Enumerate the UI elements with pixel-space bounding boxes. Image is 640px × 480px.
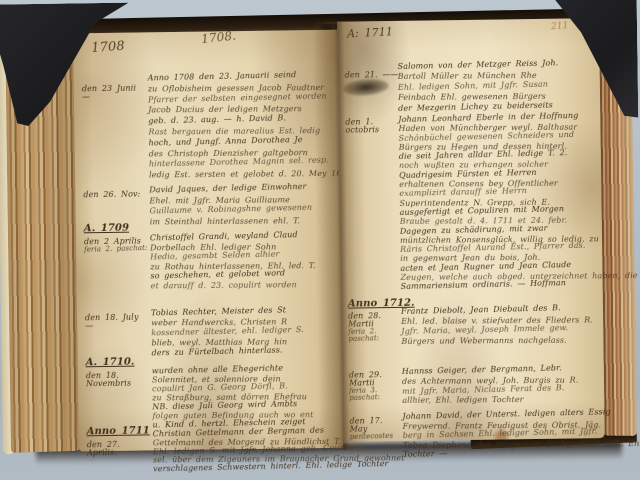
register-entry: Tobias Rechter, Meister des Stweber Hand… xyxy=(151,307,344,360)
margin-date: den 21. —— xyxy=(345,71,399,80)
register-entry: David Jaques, der ledige EinwohnerEhel. … xyxy=(149,184,342,229)
register-entry: wurden ohne alle EhegerichteSolennitet, … xyxy=(152,365,345,431)
margin-date: den 17. Maypentecostes xyxy=(349,417,403,441)
year-heading: A. 1710. xyxy=(86,358,135,369)
margin-date: den 18. July — xyxy=(85,313,151,330)
margin-date: den 2 Aprilisferia 2. paschat: xyxy=(84,237,150,253)
margin-date: den 27. Aprilis: xyxy=(87,440,153,457)
left-page-year-header-outer: 1708 xyxy=(91,40,125,55)
open-register-book: 1708 1708. den 23 Junii —Anno 1708 den 2… xyxy=(0,0,640,480)
entry-line: im Steinthal hinterlassenen ehl. T. xyxy=(150,216,342,228)
right-page-year-header: A: 1711 xyxy=(347,26,393,39)
margin-date: den 26. Nov: xyxy=(83,190,149,199)
left-page-year-header-center: 1708. xyxy=(201,30,237,45)
register-entry: Frantz Diebolt, Jean Diebault des B.Ehl.… xyxy=(401,305,602,348)
left-page: 1708 1708. den 23 Junii —Anno 1708 den 2… xyxy=(73,30,343,452)
entry-line: Sammariensium ordinaris. — Hoffman xyxy=(401,279,601,293)
entry-line: Bürgers und Webermanns nachgelass. xyxy=(401,336,601,348)
register-entry: Johann Leonhard Eberle in der HoffnungHa… xyxy=(398,113,600,292)
entry-line: ders zu Fürtelbach hinterlass. xyxy=(151,345,343,359)
entry-line: Tochter — xyxy=(403,447,603,461)
year-heading: A. 1709 xyxy=(84,224,129,235)
register-entry: Anno 1708 den 23. Januarii seindzu Oflob… xyxy=(148,72,341,183)
right-page: A: 1711 211 den 21. ——Salomon von der Me… xyxy=(337,18,605,442)
register-entry: Christian Gettelmann der Bergman desGett… xyxy=(153,428,346,475)
margin-date: den 29. Martiiferia 3. paschat: xyxy=(349,371,403,402)
ink-blot xyxy=(342,77,389,97)
year-heading: Anno 1711 xyxy=(87,426,150,437)
margin-date-sub: feria 2. paschat: xyxy=(84,245,150,254)
entry-line: verschlagenes Schwestern hinterl. Ehl. l… xyxy=(153,461,345,474)
entry-line: et darauff d. 23. copulirt worden xyxy=(151,281,343,292)
register-entry: Hannss Geiger, der Bergmann, Lebr.des Ac… xyxy=(402,365,603,407)
margin-date-sub: feria 2. paschat: xyxy=(348,327,402,343)
margin-date: den 28. Martiiferia 2. paschat: xyxy=(348,312,402,343)
margin-date-sub: feria 3. paschat: xyxy=(349,386,403,402)
margin-date: den 23 Junii — xyxy=(82,84,148,101)
entry-line: allhier, Ehl. ledigen Tochter xyxy=(402,396,602,407)
entry-line: ledig Est. sersten et gelobet d. 20. Mey… xyxy=(149,170,341,182)
margin-date: den 1. octobris xyxy=(345,118,399,135)
register-entry: Johann David, der Unterst. ledigen alter… xyxy=(402,410,603,461)
register-entry: Salomon von der Metzger Reiss Joh.Bartol… xyxy=(398,60,599,115)
margin-date: den 18. Novembris xyxy=(86,371,152,388)
page-number: 211 xyxy=(551,22,569,32)
photo-background: 1708 1708. den 23 Junii —Anno 1708 den 2… xyxy=(0,0,640,480)
margin-date-sub: pentecostes xyxy=(350,432,404,441)
register-entry: Christoffel Grandi, weyland ClaudDorbell… xyxy=(150,232,343,292)
